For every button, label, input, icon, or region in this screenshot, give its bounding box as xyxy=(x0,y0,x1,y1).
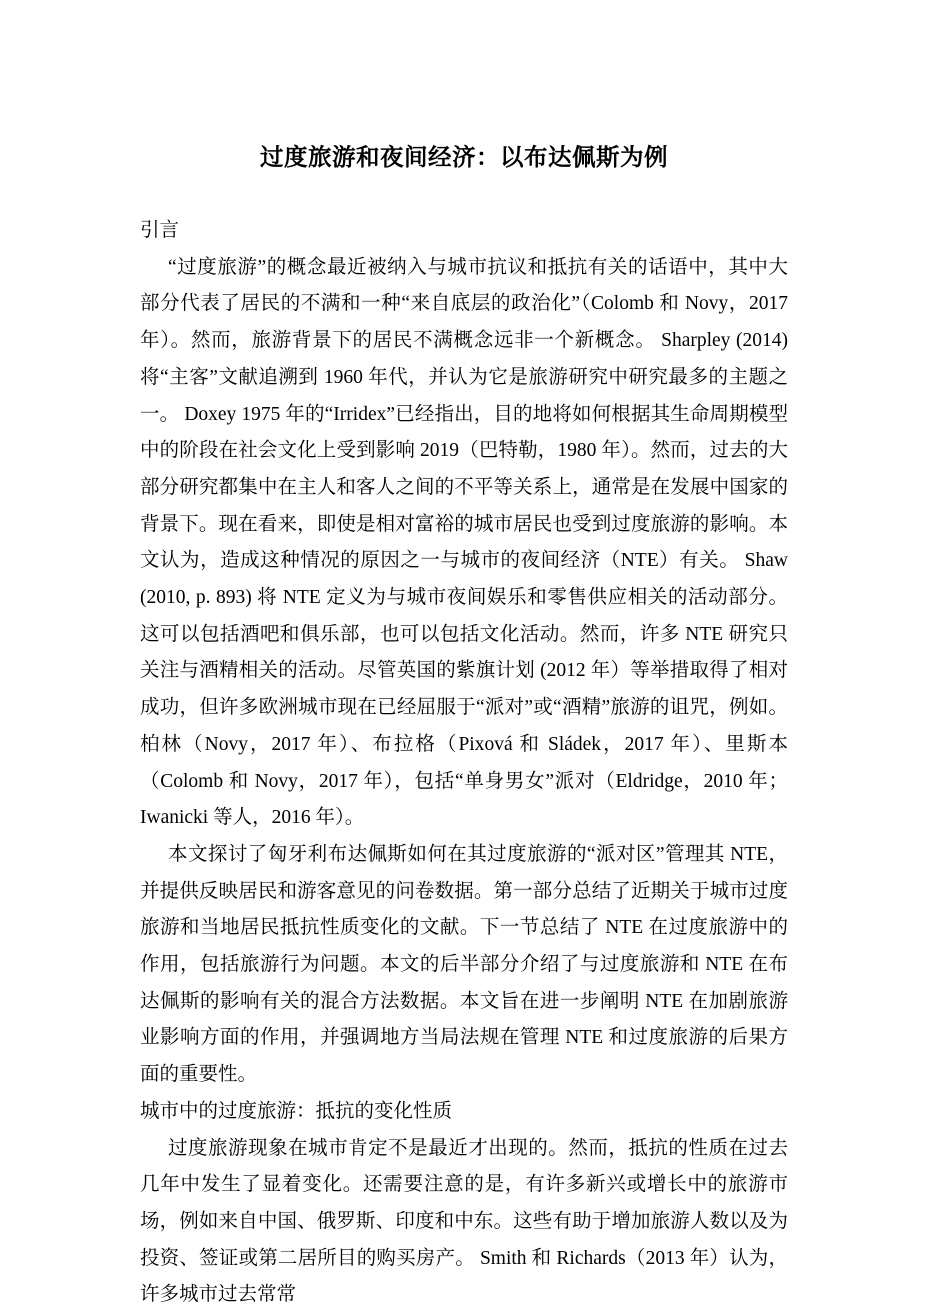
document-page: 过度旅游和夜间经济：以布达佩斯为例 引言 “过度旅游”的概念最近被纳入与城市抗议… xyxy=(0,0,925,1308)
document-title: 过度旅游和夜间经济：以布达佩斯为例 xyxy=(140,140,788,175)
document-content: 过度旅游和夜间经济：以布达佩斯为例 引言 “过度旅游”的概念最近被纳入与城市抗议… xyxy=(140,0,788,1308)
paragraph-overtourism-1: 过度旅游现象在城市肯定不是最近才出现的。然而，抵抗的性质在过去几年中发生了显着变… xyxy=(140,1131,788,1308)
paragraph-intro-1: “过度旅游”的概念最近被纳入与城市抗议和抵抗有关的话语中，其中大部分代表了居民的… xyxy=(140,250,788,837)
section-heading-introduction: 引言 xyxy=(140,213,788,250)
section-heading-overtourism-in-cities: 城市中的过度旅游：抵抗的变化性质 xyxy=(140,1094,788,1131)
paragraph-intro-2: 本文探讨了匈牙利布达佩斯如何在其过度旅游的“派对区”管理其 NTE，并提供反映居… xyxy=(140,837,788,1094)
